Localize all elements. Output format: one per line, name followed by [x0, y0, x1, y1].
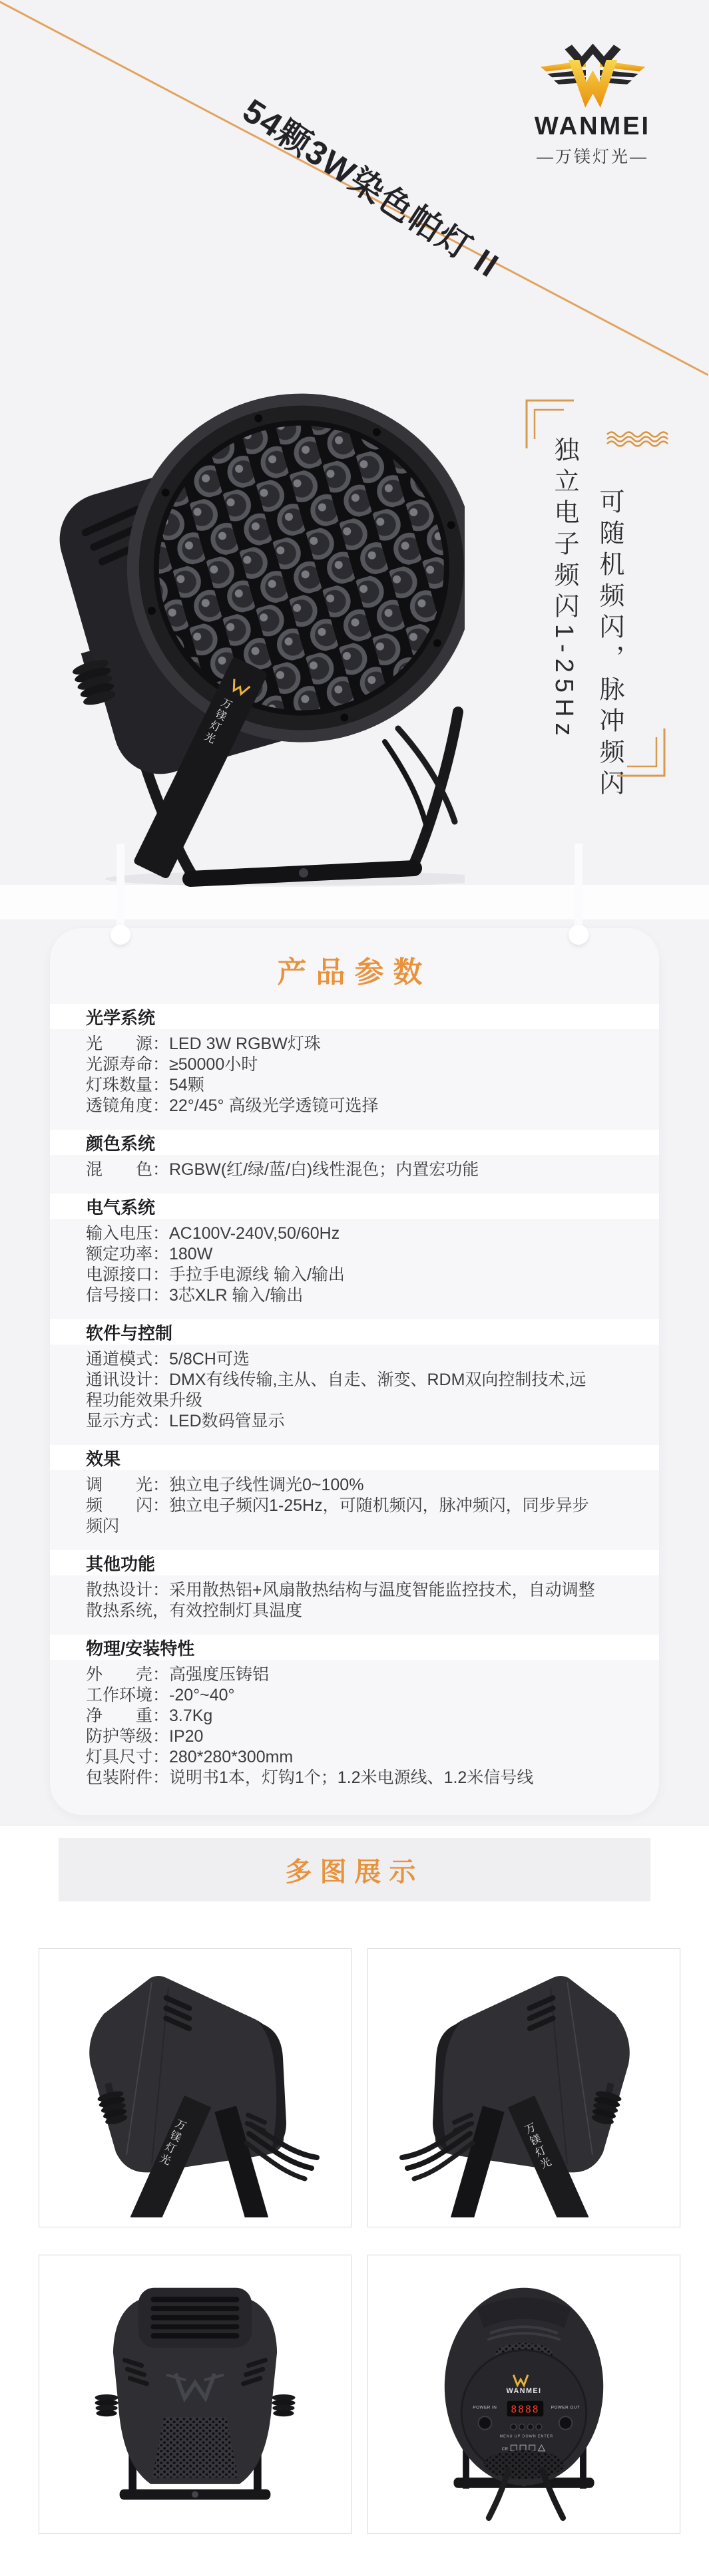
spec-line: 输入电压：AC100V-240V,50/60Hz [86, 1223, 599, 1244]
section-lines: 通道模式：5/8CH可选通讯设计：DMX有线传输,主从、自走、渐变、RDM双向控… [50, 1345, 659, 1432]
section-lines: 混 色：RGBW(红/绿/蓝/白)线性混色；内置宏功能 [50, 1155, 659, 1180]
spec-line: 调 光：独立电子线性调光0~100% [86, 1475, 599, 1496]
gallery-title-band: 多图展示 [59, 1838, 650, 1901]
spec-line: 额定功率：180W [86, 1244, 599, 1265]
spec-line: 信号接口：3芯XLR 输入/输出 [86, 1285, 599, 1306]
spec-line: 透镜角度：22°/45° 高级光学透镜可选择 [86, 1096, 599, 1116]
white-divider-strip [0, 885, 709, 919]
section-heading: 其他功能 [86, 1551, 155, 1575]
card-hanger-string [117, 844, 124, 934]
feature-text-strobe-range: 独立电子频闪1-25Hz [546, 436, 583, 742]
section-heading: 光学系统 [86, 1005, 155, 1029]
card-hanger-ring [569, 925, 589, 945]
section-heading-band: 效果 [50, 1445, 659, 1470]
cert-label: CE [502, 2447, 509, 2452]
product-detail-page: 54颗3W染色帕灯 II WANMEI —万镁灯光— [0, 0, 709, 2576]
menu-buttons-label: MENU UP DOWN ENTER [500, 2435, 553, 2439]
section-lines: 外 壳：高强度压铸铝工作环境：-20°~40°净 重：3.7Kg防护等级：IP2… [50, 1660, 659, 1788]
spec-line: 包装附件：说明书1本，灯钩1个；1.2米电源线、1.2米信号线 [86, 1768, 599, 1788]
param-section: 颜色系统混 色：RGBW(红/绿/蓝/白)线性混色；内置宏功能 [50, 1130, 659, 1180]
param-section: 电气系统输入电压：AC100V-240V,50/60Hz额定功率：180W电源接… [50, 1194, 659, 1306]
spec-line: 散热设计：采用散热铝+风扇散热结构与温度智能监控技术，自动调整散热系统，有效控制… [86, 1580, 599, 1621]
product-photo-main: 万镁灯光 [39, 356, 465, 888]
brand-name: WANMEI [513, 112, 672, 141]
section-heading-band: 颜色系统 [50, 1130, 659, 1155]
section-heading: 电气系统 [86, 1194, 155, 1219]
section-lines: 输入电压：AC100V-240V,50/60Hz额定功率：180W电源接口：手拉… [50, 1219, 659, 1306]
spec-line: 通讯设计：DMX有线传输,主从、自走、渐变、RDM双向控制技术,远程功能效果升级 [86, 1370, 599, 1411]
led-display: 8888 [511, 2404, 539, 2415]
card-hanger-string [575, 844, 583, 934]
section-heading-band: 软件与控制 [50, 1319, 659, 1345]
gallery-photo-front-top [39, 2255, 352, 2534]
parameters-title: 产品参数 [50, 948, 659, 991]
param-section: 其他功能散热设计：采用散热铝+风扇散热结构与温度智能监控技术，自动调整散热系统，… [50, 1550, 659, 1621]
spec-line: 灯具尺寸：280*280*300mm [86, 1747, 599, 1768]
back-panel-brand: WANMEI [507, 2387, 542, 2395]
section-lines: 调 光：独立电子线性调光0~100%频 闪：独立电子频闪1-25Hz，可随机频闪… [50, 1470, 659, 1537]
section-heading-band: 光学系统 [50, 1004, 659, 1029]
brand-subtitle: —万镁灯光— [513, 144, 672, 168]
brand-logo: WANMEI —万镁灯光— [513, 41, 672, 168]
spec-line: 光 源：LED 3W RGBW灯珠 [86, 1034, 599, 1054]
spec-line: 电源接口：手拉手电源线 输入/输出 [86, 1265, 599, 1285]
param-section: 软件与控制通道模式：5/8CH可选通讯设计：DMX有线传输,主从、自走、渐变、R… [50, 1319, 659, 1432]
wave-lines-icon [606, 430, 675, 454]
section-heading: 软件与控制 [86, 1320, 172, 1345]
spec-line: 外 壳：高强度压铸铝 [86, 1665, 599, 1685]
power-out-label: POWER OUT [551, 2406, 581, 2410]
close-corner-bracket-icon [616, 725, 670, 778]
section-heading-band: 其他功能 [50, 1550, 659, 1575]
param-section: 光学系统光 源：LED 3W RGBW灯珠光源寿命：≥50000小时灯珠数量：5… [50, 1004, 659, 1116]
section-lines: 光 源：LED 3W RGBW灯珠光源寿命：≥50000小时灯珠数量：54颗透镜… [50, 1029, 659, 1116]
section-heading: 效果 [86, 1446, 120, 1470]
spec-line: 通道模式：5/8CH可选 [86, 1349, 599, 1370]
gallery-title: 多图展示 [286, 1851, 424, 1889]
spec-line: 工作环境：-20°~40° [86, 1685, 599, 1706]
section-heading: 物理/安装特性 [86, 1635, 194, 1660]
product-parameters-card: 产品参数 光学系统光 源：LED 3W RGBW灯珠光源寿命：≥50000小时灯… [50, 928, 659, 1815]
spec-line: 防护等级：IP20 [86, 1726, 599, 1747]
spec-line: 显示方式：LED数码管显示 [86, 1411, 599, 1432]
param-section: 效果调 光：独立电子线性调光0~100%频 闪：独立电子频闪1-25Hz，可随机… [50, 1445, 659, 1537]
section-lines: 散热设计：采用散热铝+风扇散热结构与温度智能监控技术，自动调整散热系统，有效控制… [50, 1575, 659, 1621]
spec-line: 光源寿命：≥50000小时 [86, 1054, 599, 1075]
spec-line: 净 重：3.7Kg [86, 1706, 599, 1726]
spec-line: 灯珠数量：54颗 [86, 1075, 599, 1096]
spec-line: 频 闪：独立电子频闪1-25Hz，可随机频闪，脉冲频闪，同步异步频闪 [86, 1496, 599, 1537]
gallery-photo-side-left: 万镁灯光 [39, 1948, 352, 2227]
section-heading: 颜色系统 [86, 1130, 155, 1155]
parameters-sections: 光学系统光 源：LED 3W RGBW灯珠光源寿命：≥50000小时灯珠数量：5… [50, 1004, 659, 1788]
gallery-photo-side-right: 万镁灯光 [367, 1948, 680, 2227]
section-heading-band: 物理/安装特性 [50, 1635, 659, 1660]
power-in-label: POWER IN [473, 2406, 497, 2410]
gallery-photo-back: WANMEI 8888 POWER IN POWER OUT MENU UP D… [367, 2255, 680, 2534]
brand-logo-mark-icon [535, 41, 651, 111]
card-hanger-ring [111, 925, 130, 945]
param-section: 物理/安装特性外 壳：高强度压铸铝工作环境：-20°~40°净 重：3.7Kg防… [50, 1635, 659, 1788]
section-heading-band: 电气系统 [50, 1194, 659, 1219]
spec-line: 混 色：RGBW(红/绿/蓝/白)线性混色；内置宏功能 [86, 1160, 599, 1180]
